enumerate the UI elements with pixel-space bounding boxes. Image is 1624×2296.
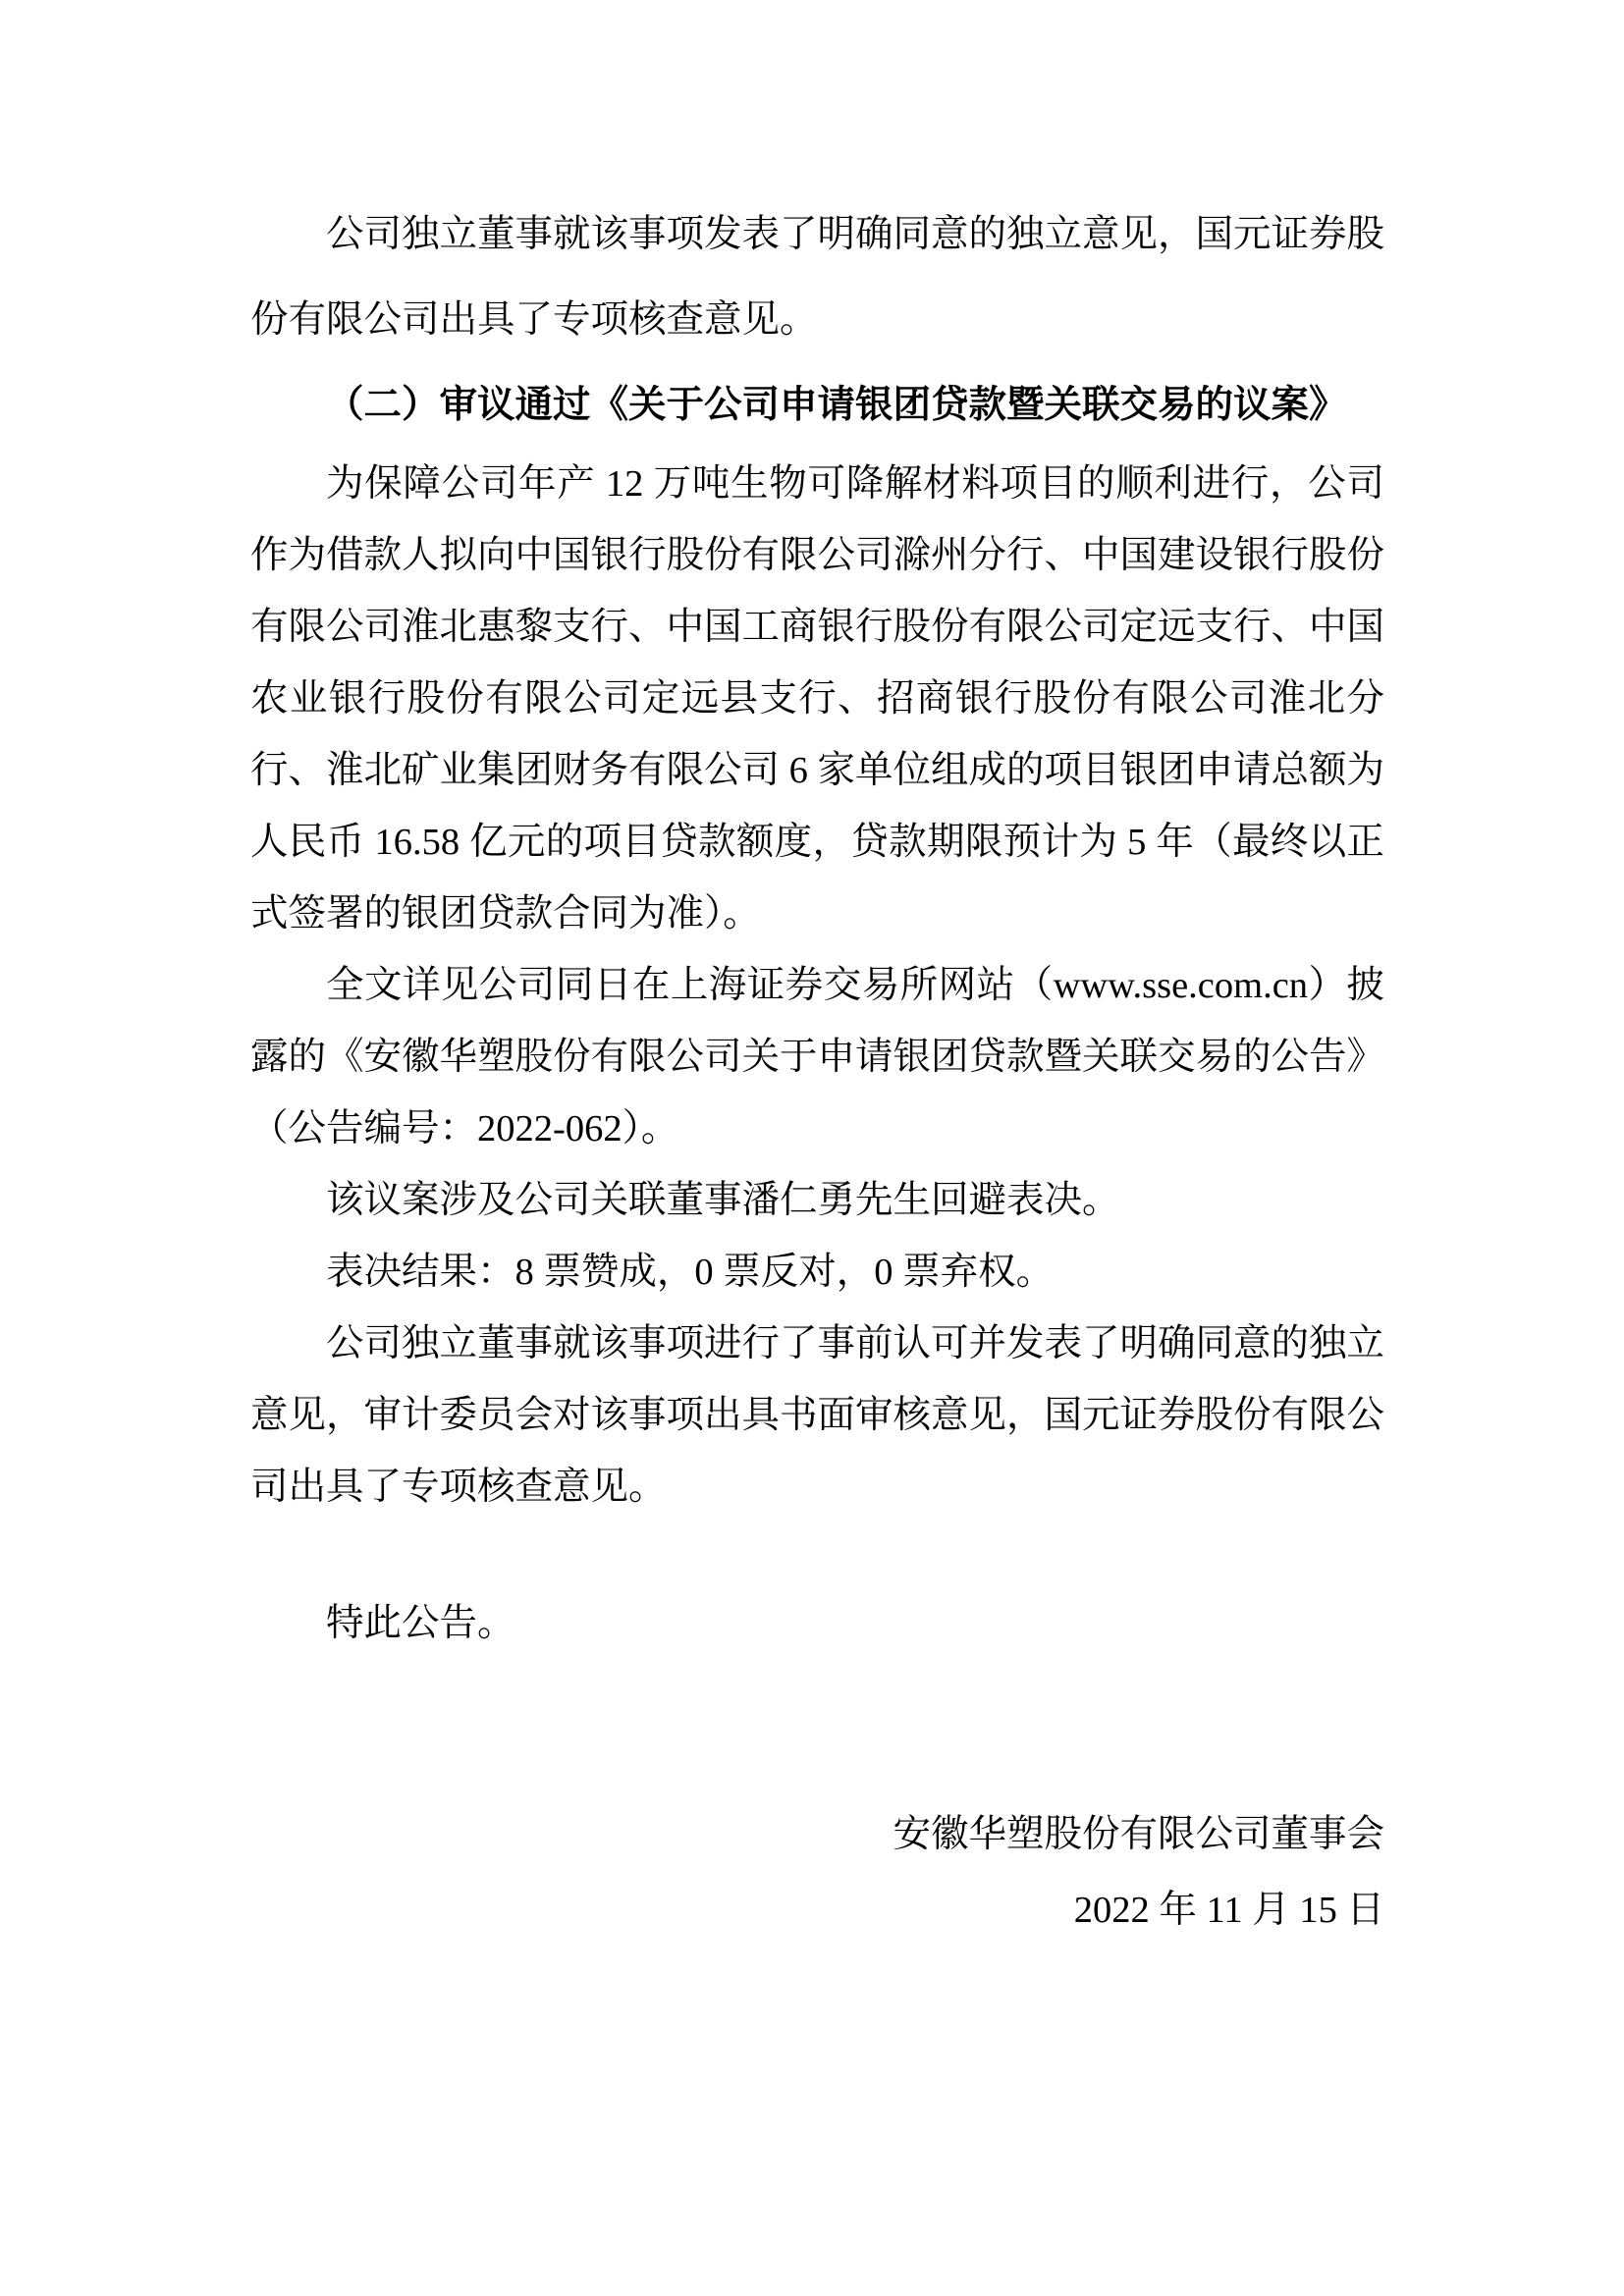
section-heading-item-2: （二）审议通过《关于公司申请银团贷款暨关联交易的议案》	[250, 363, 1384, 449]
closing-statement: 特此公告。	[250, 1588, 1384, 1660]
document-body: 公司独立董事就该事项发表了明确同意的独立意见，国元证券股份有限公司出具了专项核查…	[250, 192, 1384, 1949]
paragraph-disclosure-reference: 全文详见公司同日在上海证券交易所网站（www.sse.com.cn）披露的《安徽…	[250, 950, 1384, 1165]
paragraph-loan-details: 为保障公司年产 12 万吨生物可降解材料项目的顺利进行，公司作为借款人拟向中国银…	[250, 449, 1384, 950]
document-page: 公司独立董事就该事项发表了明确同意的独立意见，国元证券股份有限公司出具了专项核查…	[0, 0, 1624, 2296]
signature-date: 2022 年 11 月 15 日	[250, 1873, 1384, 1949]
paragraph-opinions: 公司独立董事就该事项进行了事前认可并发表了明确同意的独立意见，审计委员会对该事项…	[250, 1308, 1384, 1523]
paragraph-vote-result: 表决结果：8 票赞成，0 票反对，0 票弃权。	[250, 1237, 1384, 1308]
paragraph-prior-item-opinion: 公司独立董事就该事项发表了明确同意的独立意见，国元证券股份有限公司出具了专项核查…	[250, 192, 1384, 363]
signature-board: 安徽华塑股份有限公司董事会	[250, 1797, 1384, 1873]
signature-block: 安徽华塑股份有限公司董事会 2022 年 11 月 15 日	[250, 1797, 1384, 1949]
paragraph-recusal: 该议案涉及公司关联董事潘仁勇先生回避表决。	[250, 1165, 1384, 1237]
